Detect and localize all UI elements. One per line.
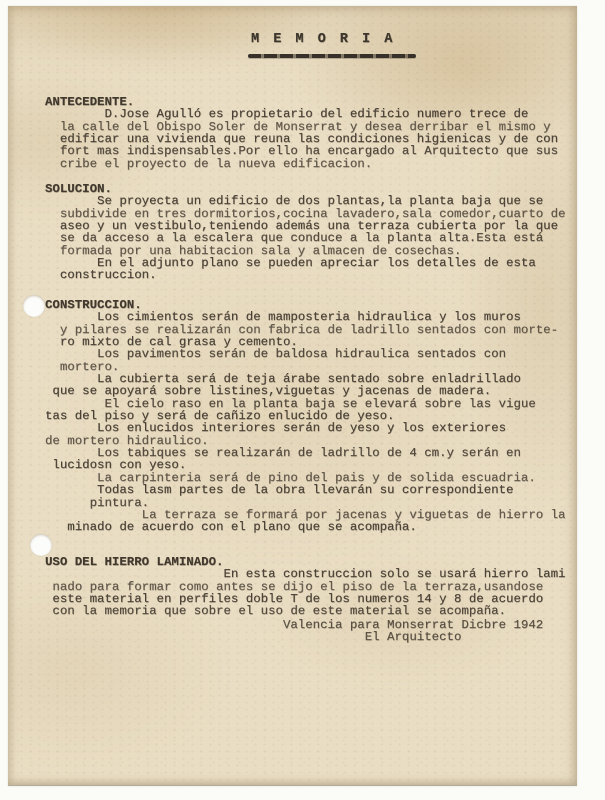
text-line: La carpinteria será de pino del pais y d… <box>45 472 577 484</box>
text-line: que se apoyará sobre listines,viguetas y… <box>45 385 577 397</box>
text-line: Los tabiques se realizarán de ladrillo d… <box>45 447 577 459</box>
section: SOLUCION. Se proyecta un edificio de dos… <box>45 183 577 282</box>
text-line: y pilares se realizarán con fabrica de l… <box>45 324 577 336</box>
text-line: Se proyecta un edificio de dos plantas,l… <box>45 195 577 207</box>
text-line: D.Jose Agulló es propietario del edifici… <box>45 108 577 120</box>
text-line: En esta construccion solo se usará hierr… <box>45 568 577 580</box>
text-line: subdivide en tres dormitorios,cocina lav… <box>45 208 577 220</box>
text-line: se da acceso a la escalera que conduce a… <box>45 232 577 244</box>
text-line: Los cimientos serán de mamposteria hidra… <box>45 311 577 323</box>
document-title: M E M O R I A <box>251 32 395 47</box>
section: CONSTRUCCION. Los cimientos serán de mam… <box>45 299 577 534</box>
text-line: minado de acuerdo con el plano que se ac… <box>45 521 577 533</box>
title-underline-rule <box>248 54 416 58</box>
text-line: construccion. <box>45 269 577 281</box>
text-line: cribe el proyecto de la nueva edificacio… <box>45 158 577 170</box>
document-page: M E M O R I A ANTECEDENTE. D.Jose Agulló… <box>8 6 577 786</box>
text-line: El cielo raso en la planta baja se eleva… <box>45 398 577 410</box>
section: ANTECEDENTE. D.Jose Agulló es propietari… <box>45 96 577 170</box>
text-line: con la memoria que sobre el uso de este … <box>45 605 577 617</box>
scanner-background: M E M O R I A ANTECEDENTE. D.Jose Agulló… <box>0 0 605 800</box>
text-line: pintura. <box>45 497 577 509</box>
text-line: lucidosn con yeso. <box>45 459 577 471</box>
text-line: la calle del Obispo Soler de Monserrat y… <box>45 121 577 133</box>
text-line: nado para formar como antes se dijo el p… <box>45 581 577 593</box>
text-line: fort mas indispensables.Por ello ha enca… <box>45 145 577 157</box>
text-line: La terraza se formará por jacenas y vigu… <box>45 509 577 521</box>
section: USO DEL HIERRO LAMINADO. En esta constru… <box>45 556 577 618</box>
text-line: Todas lasm partes de la obra llevarán su… <box>45 484 577 496</box>
signature-block: Valencia para Monserrat Dicbre 1942 El A… <box>45 619 577 644</box>
text-line: Los pavimentos serán de baldosa hidrauli… <box>45 348 577 360</box>
text-line: formada por una habitacion sala y almace… <box>45 245 577 257</box>
punch-hole-bottom <box>30 534 52 556</box>
text-line: Los enlucidos interiores serán de yeso y… <box>45 422 577 434</box>
typed-text-layer: M E M O R I A ANTECEDENTE. D.Jose Agulló… <box>8 6 577 785</box>
text-line: mortero. <box>45 361 577 373</box>
signature-line: El Arquitecto <box>45 631 577 643</box>
punch-hole-top <box>23 295 45 317</box>
